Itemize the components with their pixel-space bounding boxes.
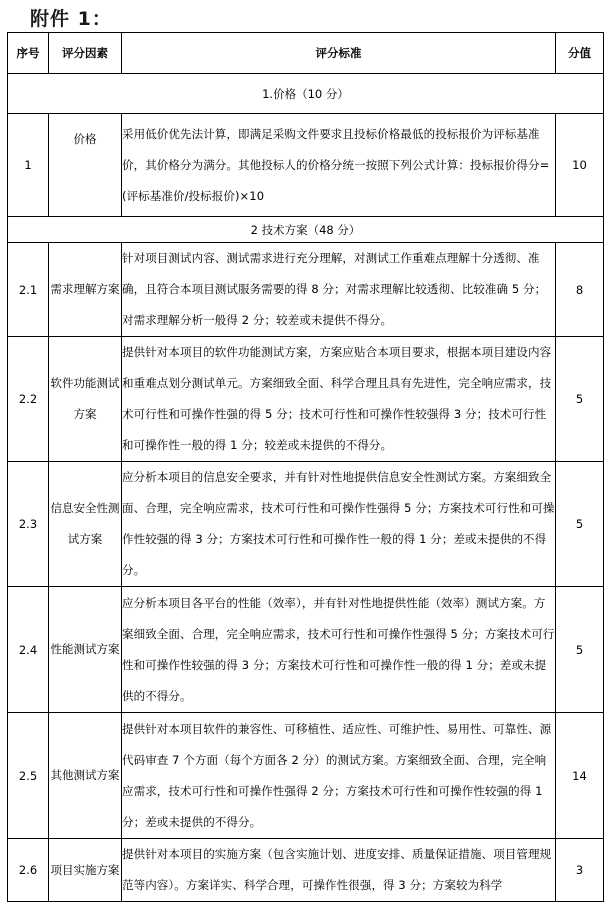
- row-index: 2.3: [8, 462, 49, 587]
- row-index: 2.4: [8, 587, 49, 713]
- row-index: 2.6: [8, 839, 49, 902]
- row-criteria: 针对项目测试内容、测试需求进行充分理解，对测试工作重难点理解十分透彻、准确，且符…: [122, 243, 556, 337]
- table-header-row: 序号 评分因素 评分标准 分值: [8, 33, 604, 74]
- section-row: 1.价格（10 分）: [8, 74, 604, 114]
- section-label: 2 技术方案（48 分）: [8, 217, 604, 243]
- header-factor: 评分因素: [49, 33, 122, 74]
- row-criteria: 采用低价优先法计算，即满足采购文件要求且投标价格最低的投标报价为评标基准价，其价…: [122, 114, 556, 217]
- row-criteria: 应分析本项目的信息安全要求，并有针对性地提供信息安全性测试方案。方案细致全面、合…: [122, 462, 556, 587]
- section-row: 2 技术方案（48 分）: [8, 217, 604, 243]
- row-score: 8: [556, 243, 604, 337]
- section-label: 1.价格（10 分）: [8, 74, 604, 114]
- row-factor: 项目实施方案: [49, 839, 122, 902]
- scoring-table: 序号 评分因素 评分标准 分值 1.价格（10 分） 1 价格 采用低价优先法计…: [7, 32, 604, 902]
- table-row: 2.2 软件功能测试方案 提供针对本项目的软件功能测试方案，方案应贴合本项目要求…: [8, 337, 604, 462]
- row-criteria: 提供针对本项目软件的兼容性、可移植性、适应性、可维护性、易用性、可靠性、源代码审…: [122, 713, 556, 839]
- row-score: 5: [556, 462, 604, 587]
- table-row: 2.1 需求理解方案 针对项目测试内容、测试需求进行充分理解，对测试工作重难点理…: [8, 243, 604, 337]
- header-score: 分值: [556, 33, 604, 74]
- row-score: 3: [556, 839, 604, 902]
- row-criteria: 提供针对本项目的实施方案（包含实施计划、进度安排、质量保证措施、项目管理规范等内…: [122, 839, 556, 902]
- row-criteria: 提供针对本项目的软件功能测试方案，方案应贴合本项目要求，根据本项目建设内容和重难…: [122, 337, 556, 462]
- row-factor: 价格: [49, 114, 122, 217]
- row-score: 14: [556, 713, 604, 839]
- row-index: 1: [8, 114, 49, 217]
- header-criteria: 评分标准: [122, 33, 556, 74]
- row-score: 10: [556, 114, 604, 217]
- table-row: 1 价格 采用低价优先法计算，即满足采购文件要求且投标价格最低的投标报价为评标基…: [8, 114, 604, 217]
- row-score: 5: [556, 337, 604, 462]
- row-factor: 其他测试方案: [49, 713, 122, 839]
- table-row: 2.4 性能测试方案 应分析本项目各平台的性能（效率），并有针对性地提供性能（效…: [8, 587, 604, 713]
- row-index: 2.2: [8, 337, 49, 462]
- header-index: 序号: [8, 33, 49, 74]
- row-index: 2.5: [8, 713, 49, 839]
- row-index: 2.1: [8, 243, 49, 337]
- table-row: 2.6 项目实施方案 提供针对本项目的实施方案（包含实施计划、进度安排、质量保证…: [8, 839, 604, 902]
- row-factor: 性能测试方案: [49, 587, 122, 713]
- row-score: 5: [556, 587, 604, 713]
- table-row: 2.5 其他测试方案 提供针对本项目软件的兼容性、可移植性、适应性、可维护性、易…: [8, 713, 604, 839]
- row-factor: 软件功能测试方案: [49, 337, 122, 462]
- document-title: 附件 1：: [30, 4, 112, 31]
- row-factor: 信息安全性测试方案: [49, 462, 122, 587]
- row-criteria: 应分析本项目各平台的性能（效率），并有针对性地提供性能（效率）测试方案。方案细致…: [122, 587, 556, 713]
- table-row: 2.3 信息安全性测试方案 应分析本项目的信息安全要求，并有针对性地提供信息安全…: [8, 462, 604, 587]
- row-factor: 需求理解方案: [49, 243, 122, 337]
